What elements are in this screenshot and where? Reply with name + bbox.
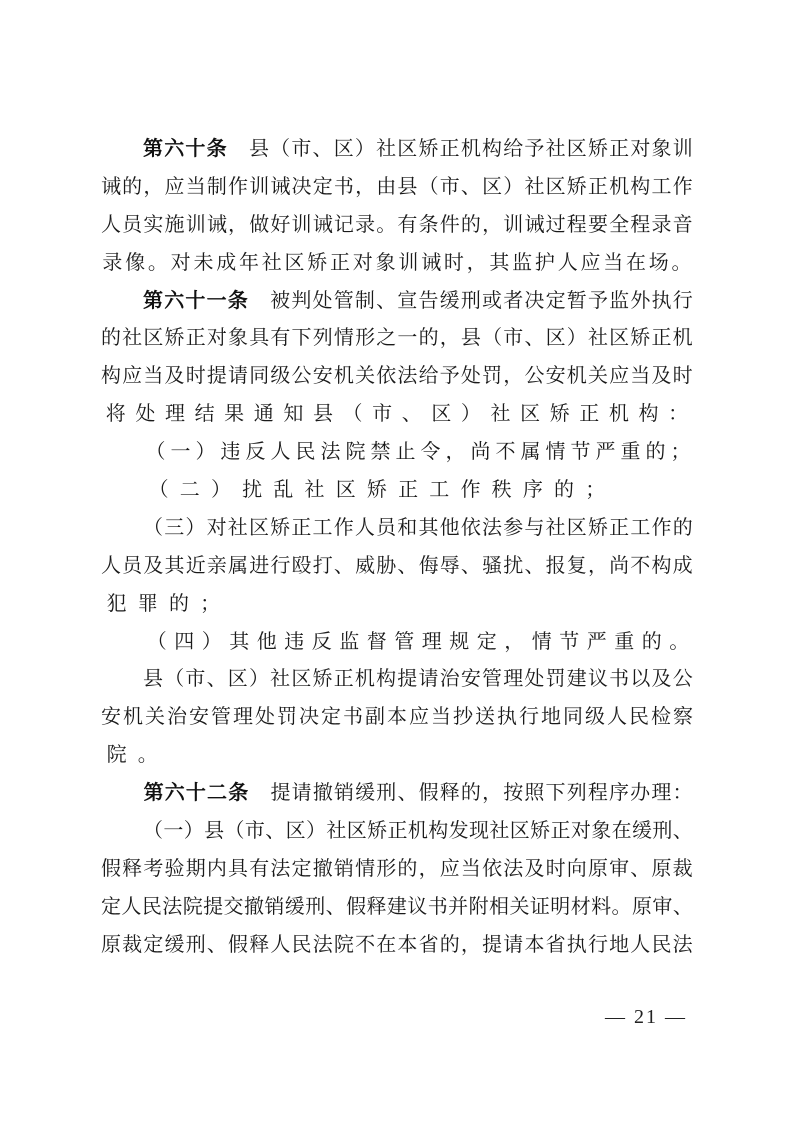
text-char: 骚: [482, 547, 502, 585]
text-char: （: [143, 812, 163, 850]
text-char: 社: [546, 130, 566, 168]
text-char: 处: [255, 698, 275, 736]
text-char: 殴: [292, 547, 312, 585]
text-char: 工: [424, 471, 455, 509]
document-body: 第六十条 县（市、区）社区矫正机构给予社区矫正对象训诫的，应当制作训诫决定书，由…: [101, 130, 693, 964]
text-char: 告: [418, 282, 438, 320]
text-char: 原: [632, 888, 652, 926]
text-char: 诫: [420, 244, 443, 282]
text-char: 员: [122, 547, 142, 585]
text-char: 构: [651, 547, 671, 585]
text-char: 理: [160, 395, 190, 433]
text-char: 侮: [419, 547, 439, 585]
text-char: 秩: [486, 471, 517, 509]
text-char: 实: [143, 206, 163, 244]
text-char: 法: [673, 926, 693, 964]
text-char: 未: [192, 244, 215, 282]
text-char: 、: [461, 547, 481, 585]
text-char: 矫: [588, 509, 608, 547]
text-char: ，: [443, 433, 468, 471]
text-char: 关: [145, 698, 165, 736]
text-char: 请: [291, 774, 312, 812]
text-char: 其: [488, 244, 511, 282]
text-char: 建: [567, 660, 587, 698]
text-char: 地: [609, 926, 629, 964]
text-char: 他: [253, 623, 281, 661]
text-char: 交: [224, 888, 244, 926]
text-char: 时: [442, 244, 465, 282]
text-char: 的: [643, 433, 668, 471]
text-line: 假释考验期内具有法定撤销情形的，应当依法及时向原审、原裁: [101, 850, 693, 888]
text-char: 县: [143, 660, 163, 698]
text-char: 矫: [567, 168, 587, 206]
text-char: 机: [408, 812, 428, 850]
text-char: 省: [419, 926, 439, 964]
text-char: 情: [528, 623, 556, 661]
text-char: 作: [455, 471, 486, 509]
text-char: 关: [588, 357, 608, 395]
text-char: 工: [630, 509, 650, 547]
text-char: （: [225, 812, 245, 850]
text-char: ：: [672, 774, 693, 812]
text-char: 发: [449, 812, 469, 850]
text-char: 公: [292, 357, 312, 395]
text-char: ，: [482, 774, 503, 812]
text-char: 审: [609, 850, 629, 888]
text-char: 有: [249, 850, 269, 888]
text-char: 县: [397, 168, 417, 206]
text-char: 。: [666, 623, 694, 661]
text-char: 证: [530, 888, 550, 926]
text-char: 罚: [482, 357, 502, 395]
text-char: 近: [186, 547, 206, 585]
text-char: 区: [291, 660, 311, 698]
text-char: 议: [588, 660, 608, 698]
text-char: 对: [169, 244, 192, 282]
text-line: 定人民法院提交撤销缓刑、假释建议书并附相关证明材料。原审、: [101, 888, 693, 926]
text-char: 治: [167, 698, 187, 736]
text-char: 提: [270, 774, 291, 812]
text-char: 民: [292, 926, 312, 964]
text-char: 社: [489, 812, 509, 850]
text-char: 区: [397, 130, 417, 168]
article-heading-line: 第六十条 县（市、区）社区矫正机构给予社区矫正对象训: [101, 130, 693, 168]
text-char: 请: [503, 926, 523, 964]
text-char: 及: [524, 850, 544, 888]
text-char: 作: [652, 509, 672, 547]
text-char: 矫: [630, 319, 650, 357]
text-char: 法: [397, 357, 417, 395]
text-char: 关: [509, 888, 529, 926]
text-char: 外: [630, 282, 650, 320]
text-char: 请: [228, 357, 248, 395]
text-char: 程: [567, 206, 587, 244]
text-char: 节: [568, 433, 593, 471]
text-char: 建: [387, 888, 407, 926]
text-char: 提: [482, 926, 502, 964]
text-char: 列: [566, 774, 587, 812]
text-line: （二）扰乱社区矫正工作秩序的；: [101, 471, 693, 509]
text-char: 录: [355, 206, 375, 244]
text-line: 人员实施训诫，做好训诫记录。有条件的，训诫过程要全程录音: [101, 206, 693, 244]
text-char: 安: [313, 357, 333, 395]
text-char: 作: [334, 509, 354, 547]
text-char: 的: [461, 206, 481, 244]
text-char: 在: [625, 244, 648, 282]
text-char: 应: [409, 698, 429, 736]
text-char: （: [164, 660, 184, 698]
text-char: 缓: [355, 774, 376, 812]
text-char: 及: [652, 660, 672, 698]
text-char: 监: [609, 282, 629, 320]
text-char: ）: [198, 623, 226, 661]
text-char: 议: [407, 888, 427, 926]
text-char: 社: [486, 395, 516, 433]
text-char: 矫: [361, 471, 392, 509]
text-char: 人: [101, 206, 121, 244]
text-char: 护: [534, 244, 557, 282]
text-char: 下: [292, 319, 312, 357]
text-char: 应: [579, 244, 602, 282]
text-char: 有: [270, 319, 290, 357]
text-char: 人: [270, 926, 290, 964]
text-char: ）: [306, 812, 326, 850]
text-char: 行: [270, 547, 290, 585]
text-char: 书: [428, 888, 448, 926]
text-char: 由: [376, 168, 396, 206]
text-char: 审: [652, 888, 672, 926]
text-char: 市: [503, 319, 523, 357]
text-char: 年: [238, 244, 261, 282]
text-char: 、: [265, 812, 285, 850]
text-line: 将处理结果通知县（市、区）社区矫正机构：: [101, 395, 693, 433]
text-char: 市: [440, 168, 460, 206]
text-char: 辱: [440, 547, 460, 585]
text-char: 社: [524, 168, 544, 206]
text-char: 形: [376, 850, 396, 888]
text-char: 矫: [545, 395, 575, 433]
text-char: 级: [270, 357, 290, 395]
text-line: 犯罪的；: [101, 585, 693, 623]
text-char: 销: [333, 774, 354, 812]
text-char: 当: [431, 698, 451, 736]
text-char: 安: [546, 357, 566, 395]
text-char: 的: [638, 623, 666, 661]
text-char: 区: [427, 395, 457, 433]
text-char: 音: [673, 206, 693, 244]
text-char: 形: [355, 319, 375, 357]
spacer: [249, 774, 270, 812]
text-char: 附: [469, 888, 489, 926]
text-char: 训: [503, 206, 523, 244]
text-char: 执: [652, 282, 672, 320]
text-char: 正: [388, 812, 408, 850]
text-char: 在: [612, 812, 632, 850]
text-char: 区: [283, 244, 306, 282]
text-char: 法: [503, 850, 523, 888]
text-char: 区: [510, 812, 530, 850]
text-char: 公: [673, 660, 693, 698]
text-char: 社: [326, 812, 346, 850]
text-char: 正: [393, 471, 424, 509]
text-char: 人: [121, 888, 141, 926]
text-char: ）: [193, 433, 218, 471]
text-char: （: [143, 433, 168, 471]
text-char: 释: [249, 926, 269, 964]
text-char: 监: [511, 244, 534, 282]
text-char: 诫: [207, 206, 227, 244]
text-char: 对: [207, 319, 227, 357]
text-char: 违: [218, 433, 243, 471]
text-char: 其: [418, 509, 438, 547]
text-line: 人员及其近亲属进行殴打、威胁、侮辱、骚扰、报复，尚不构成: [101, 547, 693, 585]
spacer: [228, 130, 248, 168]
text-char: 象: [591, 812, 611, 850]
text-char: 象: [374, 244, 397, 282]
text-char: 法: [318, 433, 343, 471]
text-char: 令: [418, 433, 443, 471]
article-heading-line: 第六十一条 被判处管制、宣告缓刑或者决定暂予监外执行: [101, 282, 693, 320]
text-char: 机: [123, 698, 143, 736]
text-char: 裁: [673, 850, 693, 888]
text-char: 工: [313, 509, 333, 547]
text-char: 安: [189, 698, 209, 736]
text-char: 及: [143, 547, 163, 585]
text-char: 和: [397, 509, 417, 547]
text-char: 处: [313, 282, 333, 320]
text-char: 要: [588, 206, 608, 244]
text-char: 当: [461, 850, 481, 888]
text-char: 犯: [101, 585, 132, 623]
text-char: 机: [609, 168, 629, 206]
text-char: 请: [418, 660, 438, 698]
text-char: 对: [351, 244, 374, 282]
text-char: ，: [228, 206, 248, 244]
text-char: 区: [546, 168, 566, 206]
text-char: 执: [567, 926, 587, 964]
text-char: 理: [233, 698, 253, 736]
text-char: 管: [482, 660, 502, 698]
text-char: 撤: [312, 774, 333, 812]
text-char: 他: [440, 509, 460, 547]
text-char: 反: [308, 623, 336, 661]
text-char: 序: [517, 471, 548, 509]
text-char: 验: [165, 850, 185, 888]
article-title-char: 第: [143, 774, 164, 812]
text-char: 正: [440, 130, 460, 168]
article-title-char: 第: [143, 282, 163, 320]
text-char: 、: [461, 168, 481, 206]
text-char: 按: [503, 774, 524, 812]
text-char: 院: [101, 736, 132, 774]
text-char: 训: [249, 168, 269, 206]
text-char: 应: [440, 850, 460, 888]
text-char: 原: [101, 926, 121, 964]
text-char: 机: [604, 395, 634, 433]
text-char: 刑: [461, 282, 481, 320]
text-char: 区: [286, 812, 306, 850]
text-char: 理: [418, 623, 446, 661]
text-char: 、: [397, 547, 417, 585]
text-char: 场: [647, 244, 670, 282]
text-char: 人: [268, 433, 293, 471]
text-char: 威: [355, 547, 375, 585]
text-char: 的: [673, 509, 693, 547]
text-char: 录: [651, 206, 671, 244]
text-char: 行: [673, 282, 693, 320]
text-char: 销: [334, 850, 354, 888]
text-char: 同: [563, 698, 583, 736]
text-char: 应: [122, 357, 142, 395]
text-char: 训: [397, 244, 420, 282]
text-char: 矫: [588, 130, 608, 168]
text-char: 机: [461, 130, 481, 168]
text-char: 其: [165, 547, 185, 585]
text-char: 机: [673, 319, 693, 357]
text-char: 矫: [270, 509, 290, 547]
text-char: 全: [609, 206, 629, 244]
text-char: ，: [465, 244, 488, 282]
text-char: 四: [171, 623, 199, 661]
text-char: 依: [376, 357, 396, 395]
text-char: （: [338, 395, 368, 433]
text-char: 的: [122, 168, 142, 206]
text-char: 县: [308, 395, 338, 433]
text-char: 诫: [524, 206, 544, 244]
text-char: 区: [567, 130, 587, 168]
text-char: ，: [419, 850, 439, 888]
text-char: ）: [205, 471, 236, 509]
text-char: 、: [630, 850, 650, 888]
text-char: 区: [609, 319, 629, 357]
text-char: 当: [143, 357, 163, 395]
article-title-char: 条: [228, 774, 249, 812]
text-char: 。: [612, 888, 632, 926]
text-char: 、: [334, 547, 354, 585]
text-char: 办: [630, 774, 651, 812]
text-char: 明: [550, 888, 570, 926]
text-char: 决: [524, 282, 544, 320]
text-char: 院: [183, 888, 203, 926]
text-char: 。: [670, 244, 693, 282]
text-char: 副: [365, 698, 385, 736]
text-char: 管: [211, 698, 231, 736]
text-char: 民: [142, 888, 162, 926]
text-char: 严: [583, 623, 611, 661]
text-char: 下: [545, 774, 566, 812]
text-char: 理: [503, 660, 523, 698]
text-char: 提: [207, 357, 227, 395]
text-char: 胁: [376, 547, 396, 585]
spacer: [249, 282, 269, 320]
text-char: 处: [461, 357, 481, 395]
text-char: 作: [228, 168, 248, 206]
article-title-char: 六: [164, 774, 185, 812]
document-page: 第六十条 县（市、区）社区矫正机构给予社区矫正对象训诫的，应当制作训诫决定书，由…: [0, 0, 793, 1122]
text-char: 矫: [530, 812, 550, 850]
text-char: 训: [186, 206, 206, 244]
text-char: 缓: [440, 282, 460, 320]
text-char: 人: [607, 698, 627, 736]
text-char: 释: [439, 774, 460, 812]
text-char: 定: [143, 926, 163, 964]
text-char: 矫: [306, 244, 329, 282]
text-char: 决: [299, 698, 319, 736]
text-char: 本: [397, 926, 417, 964]
text-char: 作: [673, 168, 693, 206]
article-title-char: 十: [185, 282, 205, 320]
text-char: 关: [355, 357, 375, 395]
text-char: 正: [588, 168, 608, 206]
text-char: 止: [393, 433, 418, 471]
text-line: 县（市、区）社区矫正机构提请治安管理处罚建议书以及公: [101, 660, 693, 698]
text-char: 的: [163, 585, 194, 623]
text-char: 区: [347, 812, 367, 850]
text-char: 依: [482, 850, 502, 888]
text-char: 区: [567, 509, 587, 547]
text-char: 正: [651, 319, 671, 357]
text-char: 假: [346, 888, 366, 926]
text-char: 情: [543, 433, 568, 471]
text-char: 机: [334, 357, 354, 395]
text-char: 不: [630, 547, 650, 585]
text-char: 区: [228, 660, 248, 698]
text-char: 人: [630, 926, 650, 964]
text-char: 、: [376, 282, 396, 320]
text-char: 果: [219, 395, 249, 433]
text-char: 公: [524, 357, 544, 395]
text-char: 送: [475, 698, 495, 736]
text-char: 人: [355, 509, 375, 547]
text-char: 人: [556, 244, 579, 282]
text-char: 管: [391, 623, 419, 661]
text-char: （: [143, 623, 171, 661]
text-char: 成: [215, 244, 238, 282]
text-char: 员: [122, 206, 142, 244]
text-char: ；: [668, 433, 693, 471]
text-char: 工: [651, 168, 671, 206]
text-char: 考: [143, 850, 163, 888]
text-char: 察: [673, 698, 693, 736]
text-char: ，: [588, 547, 608, 585]
text-char: 县: [461, 319, 481, 357]
text-char: 院: [334, 926, 354, 964]
text-char: ，: [440, 319, 460, 357]
text-char: 不: [355, 926, 375, 964]
text-char: （: [143, 509, 163, 547]
text-char: 有: [397, 206, 417, 244]
text-char: 施: [165, 206, 185, 244]
text-char: 并: [448, 888, 468, 926]
text-char: 缓: [165, 926, 185, 964]
text-line: 院。: [101, 736, 693, 774]
text-char: 本: [387, 698, 407, 736]
text-char: 市: [291, 130, 311, 168]
text-char: 督: [363, 623, 391, 661]
text-char: 社: [228, 509, 248, 547]
page-number: — 21 —: [605, 1006, 687, 1029]
text-char: 、: [673, 888, 693, 926]
text-char: 记: [334, 206, 354, 244]
text-char: 社: [299, 471, 330, 509]
text-char: ）: [185, 509, 205, 547]
article-title-char: 六: [164, 130, 184, 168]
text-char: 、: [397, 395, 427, 433]
text-char: 其: [226, 623, 254, 661]
text-char: 裁: [122, 926, 142, 964]
text-char: 或: [482, 282, 502, 320]
article-title-char: 十: [185, 774, 206, 812]
